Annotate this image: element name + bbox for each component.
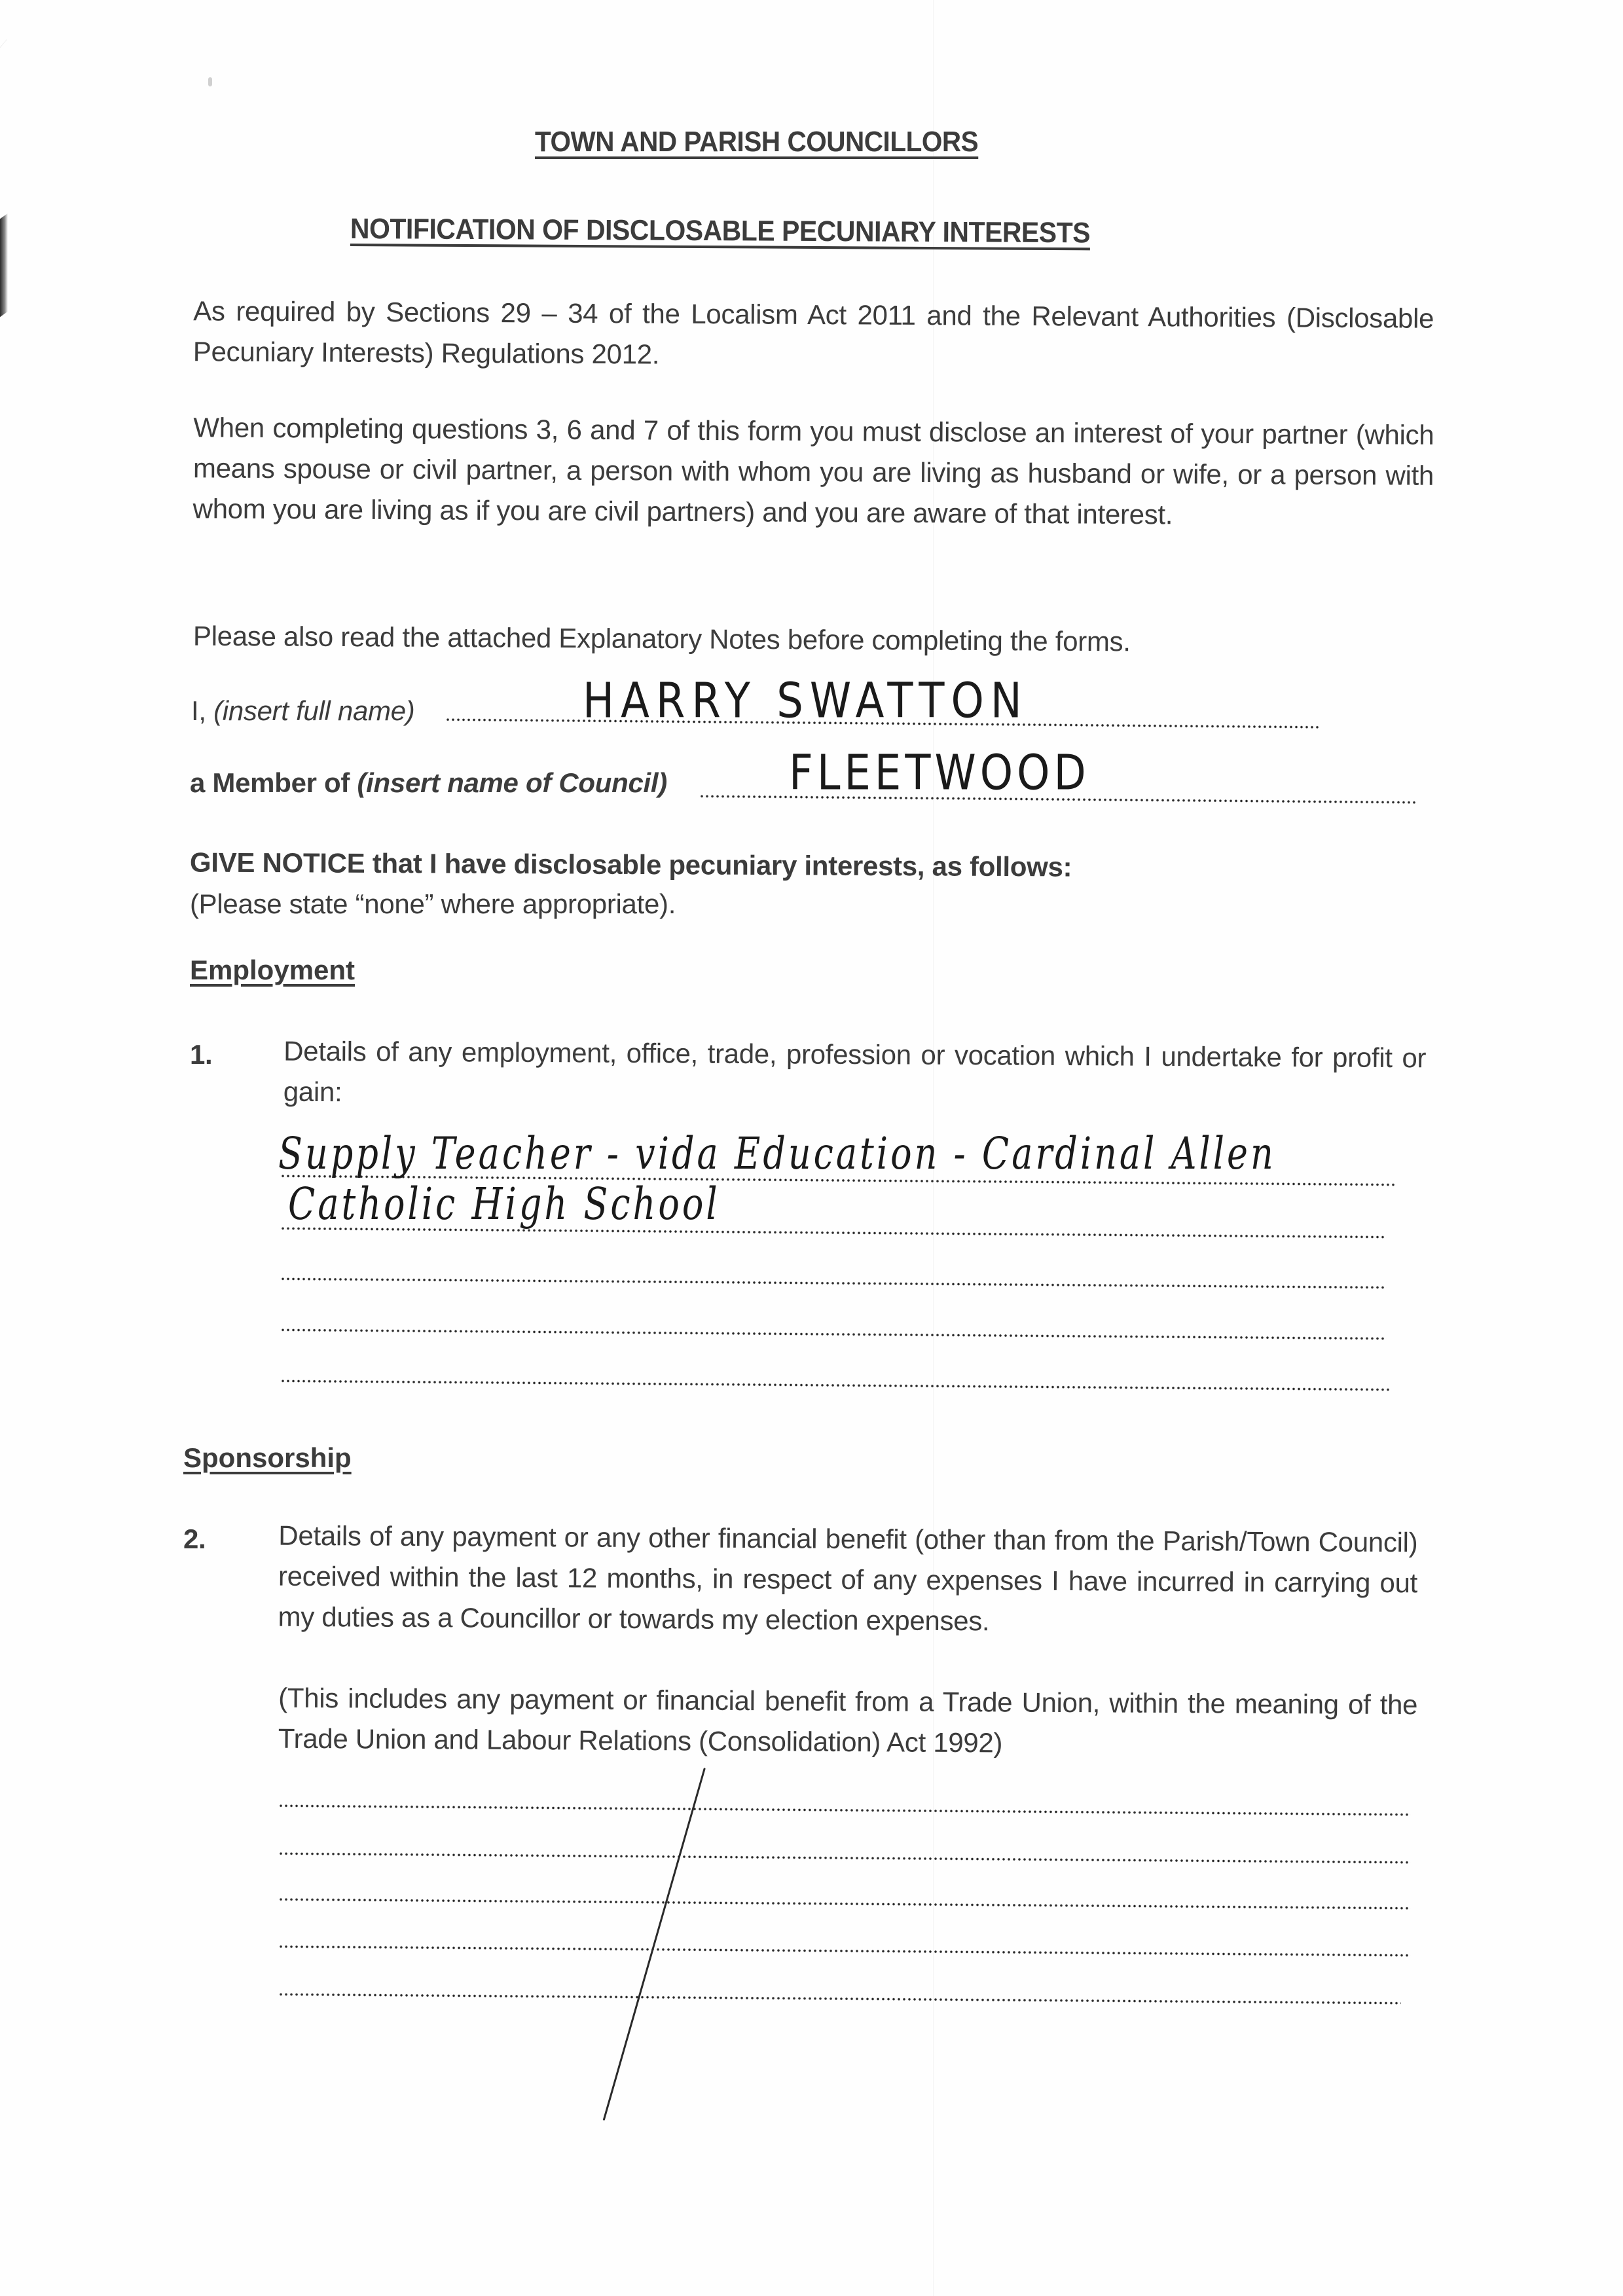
council-field-label: a Member of (insert name of Council) [190,763,667,803]
employment-answer-line-4[interactable] [280,1328,1387,1340]
question-number-2: 2. [183,1519,206,1559]
sponsorship-strike-through-mark [603,1768,706,2121]
scan-speck [208,77,212,86]
question-1-text: Details of any employment, office, trade… [283,1031,1427,1120]
council-field-value[interactable]: FLEETWOOD [789,746,1090,801]
scan-edge-shadow [0,213,8,317]
sponsorship-answer-line-5[interactable] [278,1992,1401,2005]
name-label-hint: (insert full name) [213,695,414,726]
form-page: TOWN AND PARISH COUNCILLORS NOTIFICATION… [0,0,1623,2296]
employment-answer-text-1[interactable]: Supply Teacher - vida Education - Cardin… [278,1127,1276,1179]
council-label-hint: (insert name of Council) [357,767,667,798]
sponsorship-answer-line-3[interactable] [278,1897,1411,1910]
intro-legal-reference: As required by Sections 29 – 34 of the L… [193,291,1434,380]
question-number-1: 1. [190,1034,212,1075]
section-heading-sponsorship: Sponsorship [183,1442,352,1474]
question-2-text: Details of any payment or any other fina… [278,1516,1417,1645]
form-title: TOWN AND PARISH COUNCILLORS [535,126,978,158]
state-none-instruction: (Please state “none” where appropriate). [190,884,676,924]
name-field-value[interactable]: HARRY SWATTON [583,674,1029,729]
question-2-trade-union-note: (This includes any payment or financial … [278,1678,1418,1766]
sponsorship-answer-line-1[interactable] [278,1804,1411,1817]
sponsorship-answer-line-4[interactable] [278,1944,1411,1958]
employment-answer-line-5[interactable] [280,1379,1390,1391]
employment-answer-text-2[interactable]: Catholic High School [288,1178,720,1230]
name-label-prefix: I, [191,695,213,726]
intro-partner-notice: When completing questions 3, 6 and 7 of … [192,407,1434,537]
intro-explanatory-notes: Please also read the attached Explanator… [193,616,1131,663]
sponsorship-answer-line-2[interactable] [278,1851,1411,1865]
form-subtitle: NOTIFICATION OF DISCLOSABLE PECUNIARY IN… [350,213,1090,249]
name-field-label: I, (insert full name) [191,691,414,731]
council-label-prefix: a Member of [190,767,357,798]
employment-answer-line-3[interactable] [280,1277,1387,1289]
give-notice-statement: GIVE NOTICE that I have disclosable pecu… [190,842,1072,887]
section-heading-employment: Employment [190,955,355,986]
